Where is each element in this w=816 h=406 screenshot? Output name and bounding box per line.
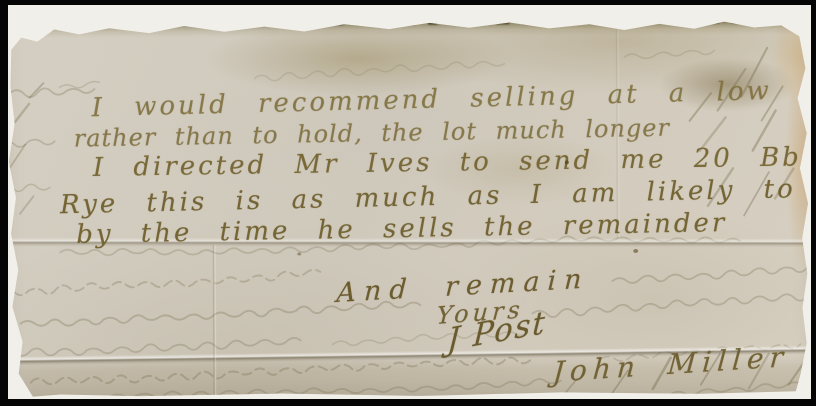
ink-blot bbox=[565, 160, 569, 164]
letter-paper: I would recommend selling at a low fig r… bbox=[0, 0, 816, 406]
ink-blot bbox=[297, 252, 301, 255]
letter-scan: I would recommend selling at a low fig r… bbox=[0, 0, 816, 406]
vertical-crease-left bbox=[212, 245, 217, 403]
ink-blot bbox=[633, 249, 638, 253]
handwriting-line-1: I would recommend selling at a low fig bbox=[91, 74, 816, 123]
